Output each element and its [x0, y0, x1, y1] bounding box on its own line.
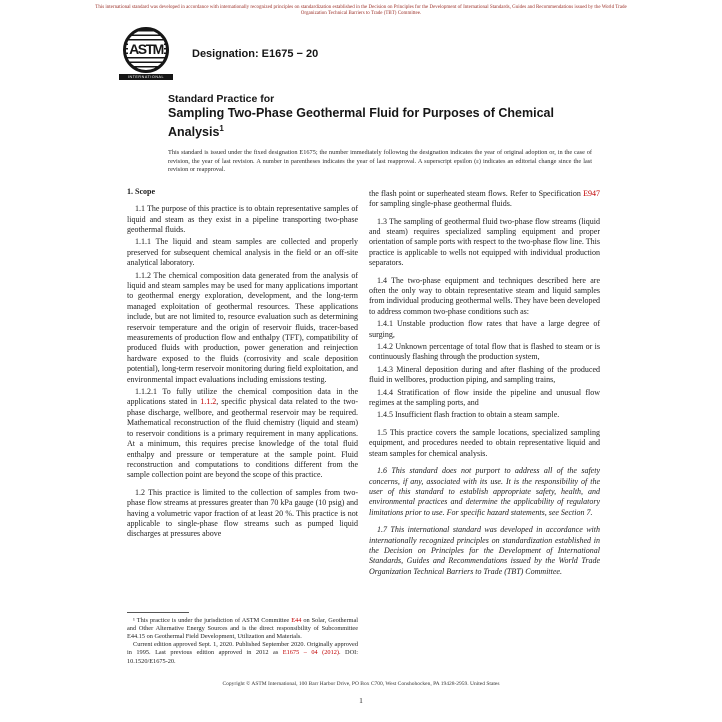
paragraph-1-5: 1.5 This practice covers the sample loca…	[369, 428, 600, 459]
paragraph-1-3: 1.3 The sampling of geothermal fluid two…	[369, 217, 600, 269]
paragraph-text: 1.4 The two-phase equipment and techniqu…	[369, 276, 600, 316]
paragraph-1-4-2: 1.4.2 Unknown percentage of total flow t…	[369, 342, 600, 363]
paragraph-1-1: 1.1 The purpose of this practice is to o…	[127, 204, 358, 235]
body-columns: 1. Scope1.1 The purpose of this practice…	[127, 187, 601, 668]
issuance-note: This standard is issued under the fixed …	[168, 149, 592, 173]
paragraph-text: ¹ This practice is under the jurisdictio…	[133, 617, 291, 624]
paragraph-1-4-4: 1.4.4 Stratification of flow inside the …	[369, 388, 600, 409]
paragraph-text: 1.3 The sampling of geothermal fluid two…	[369, 217, 600, 268]
title-footnote-mark: 1	[219, 124, 223, 133]
paragraph-1-7: 1.7 This international standard was deve…	[369, 525, 600, 577]
astm-logo: ASTM INTERNATIONAL	[118, 27, 174, 81]
paragraph-1-2-continued: the flash point or superheated steam flo…	[369, 189, 600, 210]
footnote-separator	[127, 612, 189, 613]
page-number: 1	[0, 696, 722, 705]
astm-logo-banner: INTERNATIONAL	[119, 74, 173, 81]
footnote-edition: Current edition approved Sept. 1, 2020. …	[127, 641, 358, 666]
cross-reference-link[interactable]: E947	[583, 189, 600, 198]
left-column: 1. Scope1.1 The purpose of this practice…	[127, 187, 358, 668]
paragraph-text: 1.4.2 Unknown percentage of total flow t…	[369, 342, 600, 361]
title-main-text: Sampling Two-Phase Geothermal Fluid for …	[168, 106, 554, 139]
paragraph-1-6: 1.6 This standard does not purport to ad…	[369, 466, 600, 518]
copyright-line: Copyright © ASTM International, 100 Barr…	[0, 681, 722, 687]
footnote-jurisdiction: ¹ This practice is under the jurisdictio…	[127, 617, 358, 642]
paragraph-1-4: 1.4 The two-phase equipment and techniqu…	[369, 276, 600, 318]
paragraph-1-1-1: 1.1.1 The liquid and steam samples are c…	[127, 237, 358, 268]
paragraph-text: 1.1.1 The liquid and steam samples are c…	[127, 237, 358, 267]
paragraph-1-4-3: 1.4.3 Mineral deposition during and afte…	[369, 365, 600, 386]
paragraph-1-1-2-1: 1.1.2.1 To fully utilize the chemical co…	[127, 387, 358, 481]
footnote-block: ¹ This practice is under the jurisdictio…	[127, 612, 358, 668]
paragraph-text: 1.2 This practice is limited to the coll…	[127, 488, 358, 539]
footnote-paragraphs: ¹ This practice is under the jurisdictio…	[127, 617, 358, 666]
document-title: Standard Practice for Sampling Two-Phase…	[168, 93, 556, 140]
paragraph-text: 1.4.3 Mineral deposition during and afte…	[369, 365, 600, 384]
paragraph-text: 1.6 This standard does not purport to ad…	[369, 466, 600, 517]
document-page: This international standard was develope…	[0, 0, 722, 722]
astm-logo-circle: ASTM	[123, 27, 169, 73]
paragraph-1-4-5: 1.4.5 Insufficient flash fraction to obt…	[369, 410, 600, 420]
paragraph-1-1-2: 1.1.2 The chemical composition data gene…	[127, 271, 358, 385]
paragraph-text: 1.1.2 The chemical composition data gene…	[127, 271, 358, 384]
paragraph-text: 1. Scope	[127, 187, 155, 196]
cross-reference-link[interactable]: 1.1.2	[200, 397, 216, 406]
paragraph-text: 1.5 This practice covers the sample loca…	[369, 428, 600, 458]
designation-label: Designation: E1675 − 20	[192, 48, 318, 60]
title-main: Sampling Two-Phase Geothermal Fluid for …	[168, 106, 556, 140]
paragraph-text: 1.4.4 Stratification of flow inside the …	[369, 388, 600, 407]
paragraph-1-4-1: 1.4.1 Unstable production flow rates tha…	[369, 319, 600, 340]
cross-reference-link[interactable]: E44	[291, 617, 301, 624]
cross-reference-link[interactable]: E1675 – 04 (2012)	[283, 649, 339, 656]
paragraph-text: the flash point or superheated steam flo…	[369, 189, 583, 198]
paragraph-1-2: 1.2 This practice is limited to the coll…	[127, 488, 358, 540]
paragraph-text: 1.7 This international standard was deve…	[369, 525, 600, 576]
scope-heading: 1. Scope	[127, 187, 358, 197]
paragraph-text: 1.4.5 Insufficient flash fraction to obt…	[377, 410, 559, 419]
masthead: ASTM INTERNATIONAL Designation: E1675 − …	[118, 27, 722, 81]
paragraph-text: 1.4.1 Unstable production flow rates tha…	[369, 319, 600, 338]
trade-notice: This international standard was develope…	[89, 5, 634, 18]
right-column: the flash point or superheated steam flo…	[369, 187, 600, 668]
paragraph-text: , specific physical data related to the …	[127, 397, 358, 479]
astm-logo-acronym: ASTM	[128, 43, 164, 56]
paragraph-text: 1.1 The purpose of this practice is to o…	[127, 204, 358, 234]
title-kicker: Standard Practice for	[168, 93, 556, 106]
left-column-paragraphs: 1. Scope1.1 The purpose of this practice…	[127, 187, 358, 540]
paragraph-text: for sampling single-phase geothermal flu…	[369, 199, 512, 208]
